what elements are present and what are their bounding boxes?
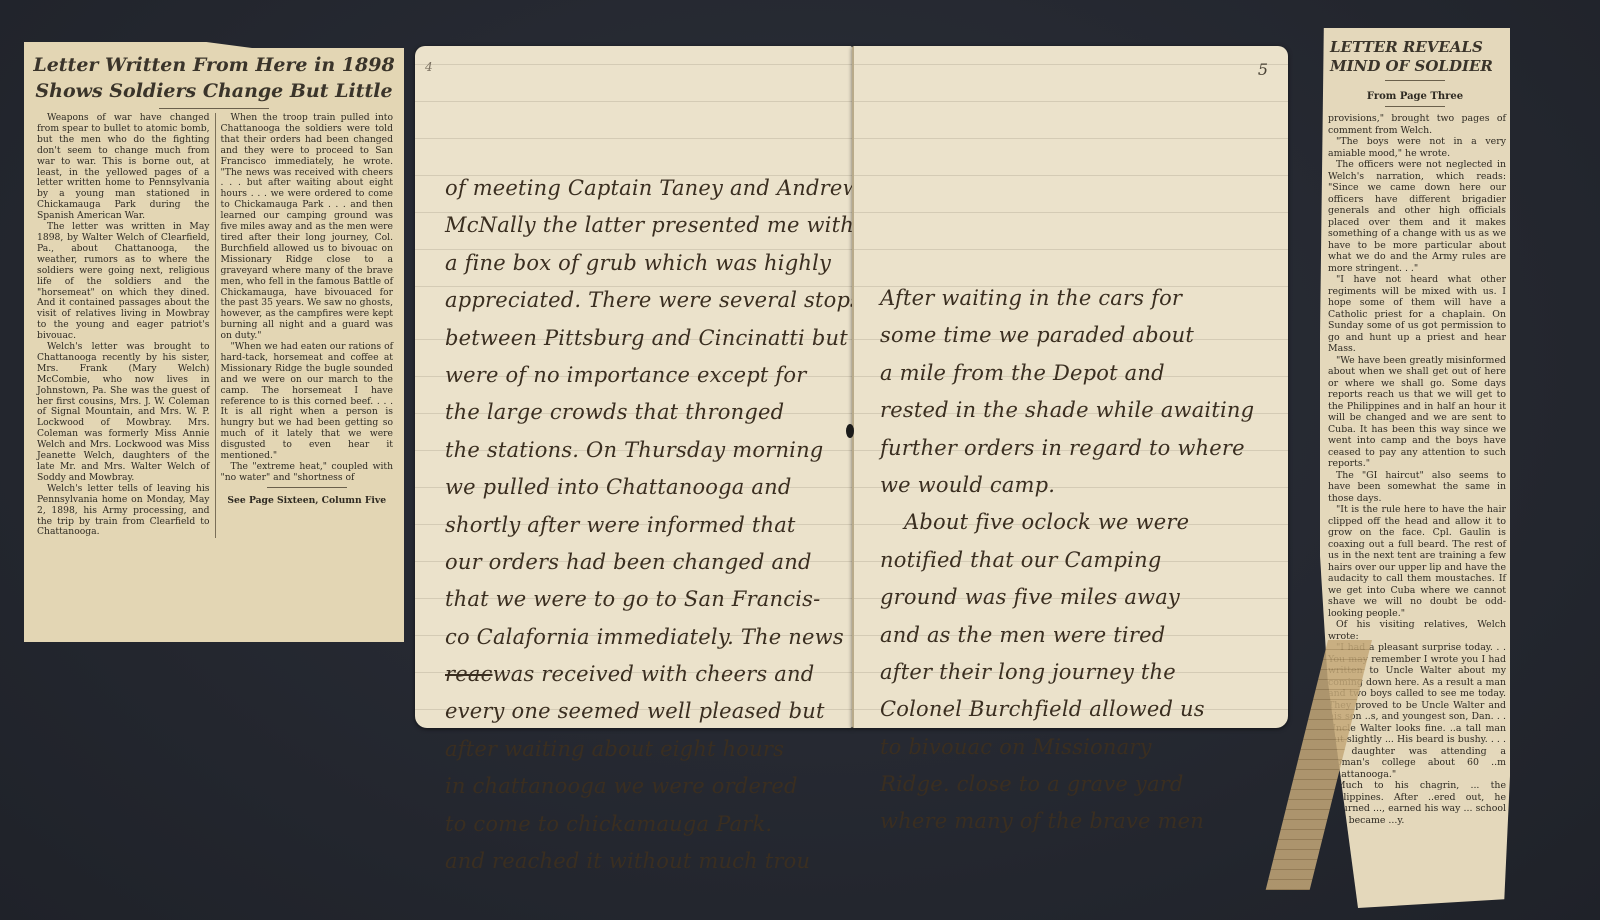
handwritten-text: After waiting in the cars for some time … [854,280,1288,841]
page-number: 4 [425,60,433,74]
clipping-headline: LETTER REVEALS MIND OF SOLDIER [1320,28,1510,76]
paragraph: "We have been greatly misinformed about … [1328,355,1506,470]
handwritten-line: were of no importance except for [415,357,852,394]
handwritten-line: and as the men were tired [854,617,1288,654]
handwritten-line: ground was five miles away [854,579,1288,616]
paragraph: "When we had eaten our rations of hard-t… [221,342,394,462]
paragraph: Welch's letter was brought to Chattanoog… [37,342,210,484]
divider [1385,106,1445,107]
handwritten-line: Ridge. close to a grave yard [854,766,1288,803]
handwritten-line: we pulled into Chattanooga and [415,469,852,506]
paragraph: Weapons of war have changed from spear t… [37,113,210,222]
handwritten-line: after waiting about eight hours [415,731,852,768]
handwritten-line: After waiting in the cars for [854,280,1288,317]
continuation-note: See Page Sixteen, Column Five [221,496,394,507]
handwritten-line: About five oclock we were [854,504,1288,541]
handwritten-line: the large crowds that thronged [415,394,852,431]
handwritten-line: notified that our Camping [854,542,1288,579]
notebook-page-5: 5 After waiting in the cars for some tim… [852,46,1288,728]
handwritten-line: further orders in regard to where [854,430,1288,467]
headline-rule [159,108,269,109]
article-column-1: Weapons of war have changed from spear t… [32,113,215,538]
handwritten-line: some time we paraded about [854,317,1288,354]
newspaper-clipping-left: Letter Written From Here in 1898 Shows S… [24,42,404,642]
headline-line-2: Shows Soldiers Change But Little [24,78,404,104]
paragraph: provisions," brought two pages of commen… [1328,113,1506,136]
handwritten-line: after their long journey the [854,654,1288,691]
handwritten-line: our orders had been changed and [415,544,852,581]
headline-line-1: Letter Written From Here in 1898 [24,52,404,78]
handwritten-line: shortly after were informed that [415,507,852,544]
newspaper-clipping-right: LETTER REVEALS MIND OF SOLDIER From Page… [1320,28,1510,908]
paragraph: Much to his chagrin, ... the Philippines… [1328,780,1506,826]
handwritten-line: of meeting Captain Taney and Andrew [415,170,852,207]
handwritten-line: that we were to go to San Francis- [415,581,852,618]
struck-word: reac [445,662,493,686]
handwritten-line: a fine box of grub which was highly [415,245,852,282]
handwritten-line: Colonel Burchfield allowed us [854,691,1288,728]
handwritten-line: reacwas received with cheers and [415,656,852,693]
paragraph: Of his visiting relatives, Welch wrote: [1328,619,1506,642]
paragraph: "It is the rule here to have the hair cl… [1328,504,1506,619]
continued-from: From Page Three [1320,91,1510,102]
page-number: 5 [1258,60,1268,79]
paragraph: "The boys were not in a very amiable moo… [1328,136,1506,159]
binding-hole [846,424,854,438]
handwritten-line: McNally the latter presented me with [415,207,852,244]
paragraph: The officers were not neglected in Welch… [1328,159,1506,274]
clipping-headline: Letter Written From Here in 1898 Shows S… [24,42,404,104]
handwritten-text: of meeting Captain Taney and Andrew McNa… [415,170,852,880]
handwritten-line: where many of the brave men [854,803,1288,840]
headline-line-1: LETTER REVEALS [1330,38,1510,57]
handwritten-line: and reached it without much trou [415,843,852,880]
handwritten-line: every one seemed well pleased but [415,693,852,730]
paragraph: The "GI haircut" also seems to have been… [1328,470,1506,505]
handwritten-line: the stations. On Thursday morning [415,432,852,469]
notebook-page-4: 4 of meeting Captain Taney and Andrew Mc… [415,46,852,728]
handwritten-line: rested in the shade while awaiting [854,392,1288,429]
divider [1385,80,1445,81]
paragraph: When the troop train pulled into Chattan… [221,113,394,342]
paragraph: Welch's letter tells of leaving his Penn… [37,484,210,539]
handwritten-line: appreciated. There were several stops [415,282,852,319]
paragraph: The letter was written in May 1898, by W… [37,222,210,342]
handwritten-line: between Pittsburg and Cincinatti but the… [415,320,852,357]
handwritten-line: in chattanooga we were ordered [415,768,852,805]
handwritten-line: to bivouac on Missionary [854,729,1288,766]
divider [267,487,347,488]
paragraph: "I have not heard what other regiments w… [1328,274,1506,355]
handwritten-line: a mile from the Depot and [854,355,1288,392]
headline-line-2: MIND OF SOLDIER [1330,57,1510,76]
handwritten-line: co Calafornia immediately. The news [415,619,852,656]
article-column-2: When the troop train pulled into Chattan… [215,113,399,538]
handwritten-line: to come to chickamauga Park. [415,806,852,843]
paragraph: The "extreme heat," coupled with "no wat… [221,462,394,484]
line-text: was received with cheers and [493,662,815,686]
handwritten-line: we would camp. [854,467,1288,504]
